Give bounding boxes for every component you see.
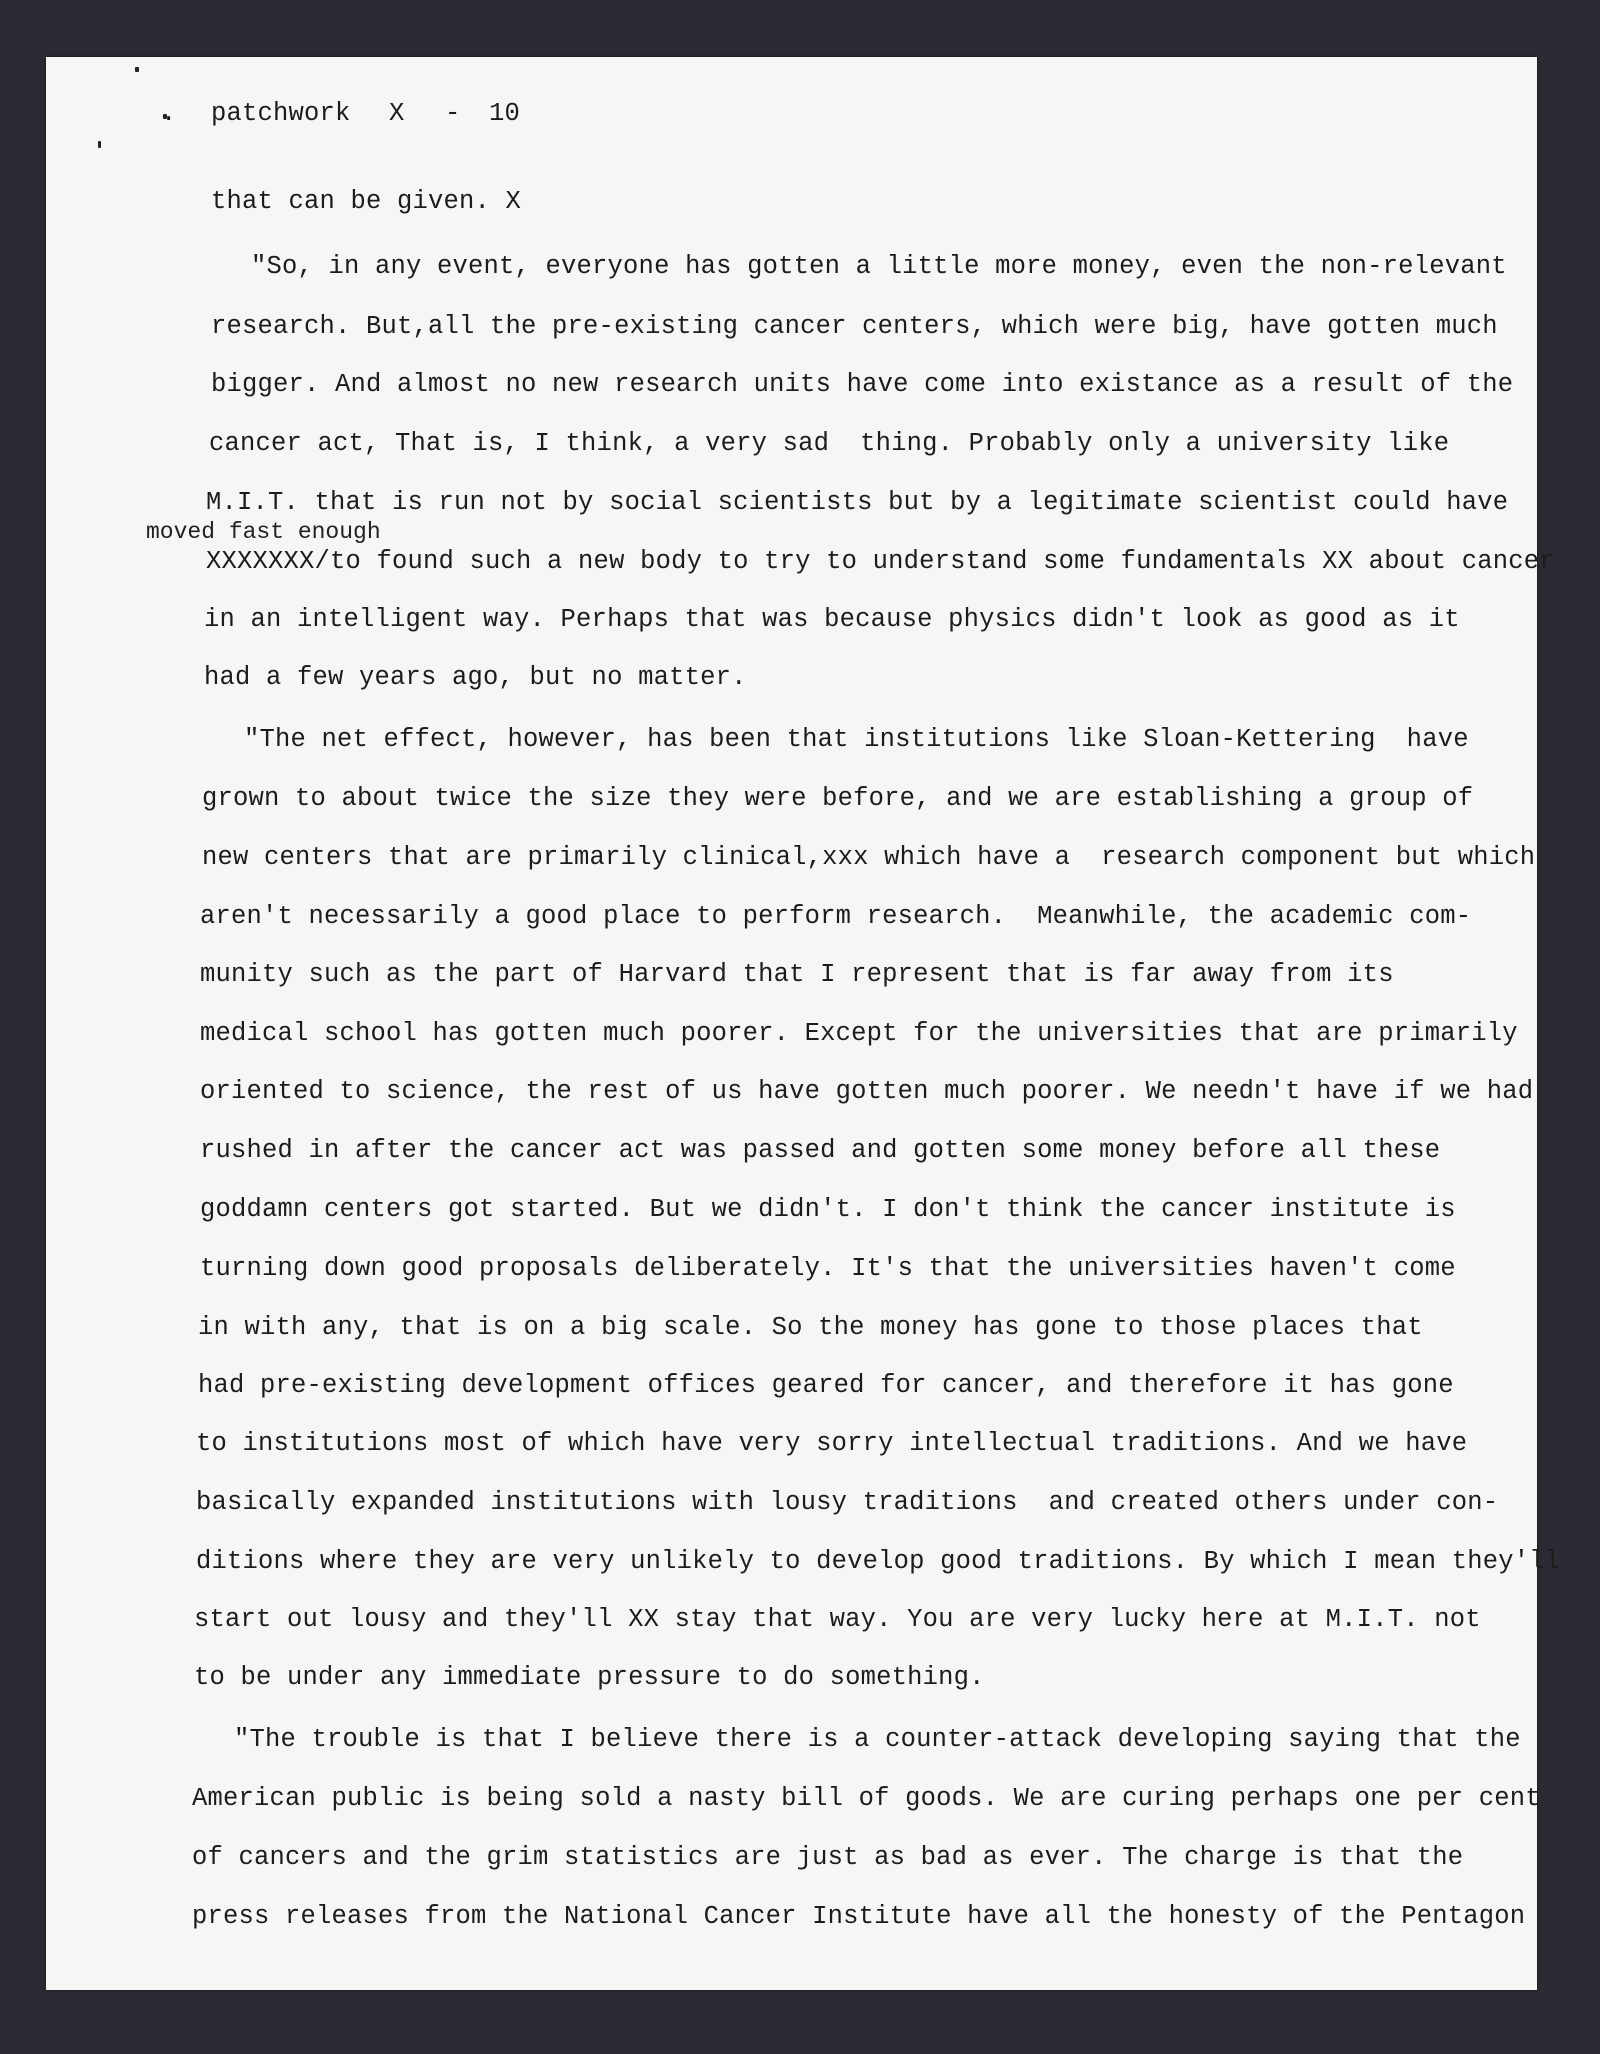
text-line: had a few years ago, but no matter. (204, 663, 747, 693)
text-line: research. But,all the pre-existing cance… (211, 312, 1498, 342)
text-line: "The net effect, however, has been that … (244, 725, 1469, 755)
header-title: patchwork (211, 99, 351, 129)
text-line: American public is being sold a nasty bi… (192, 1784, 1541, 1814)
header-mark: . (161, 99, 177, 129)
text-line: goddamn centers got started. But we didn… (200, 1195, 1456, 1225)
text-line: aren't necessarily a good place to perfo… (200, 902, 1471, 932)
header-section: X (389, 99, 405, 129)
text-line: ditions where they are very unlikely to … (196, 1547, 1560, 1577)
typewritten-page: . patchwork X - 10 that can be given. X … (46, 57, 1537, 1990)
text-line: munity such as the part of Harvard that … (200, 960, 1394, 990)
text-line: basically expanded institutions with lou… (196, 1488, 1498, 1518)
text-line: start out lousy and they'll XX stay that… (194, 1605, 1481, 1635)
text-line: rushed in after the cancer act was passe… (200, 1136, 1440, 1166)
text-line: had pre-existing development offices gea… (198, 1371, 1454, 1401)
text-line: turning down good proposals deliberately… (200, 1254, 1456, 1284)
header-dash: - (445, 99, 461, 129)
text-line: "So, in any event, everyone has gotten a… (251, 252, 1507, 282)
text-line: grown to about twice the size they were … (202, 784, 1473, 814)
text-line: M.I.T. that is run not by social scienti… (206, 488, 1508, 518)
text-line: "The trouble is that I believe there is … (234, 1725, 1521, 1755)
text-line: press releases from the National Cancer … (192, 1902, 1525, 1932)
text-line: of cancers and the grim statistics are j… (192, 1843, 1463, 1873)
text-line: medical school has gotten much poorer. E… (200, 1019, 1518, 1049)
text-line: oriented to science, the rest of us have… (200, 1077, 1533, 1107)
text-line: new centers that are primarily clinical,… (202, 843, 1535, 873)
text-line: to institutions most of which have very … (196, 1429, 1467, 1459)
page-number: 10 (489, 99, 520, 129)
text-line: that can be given. X (211, 187, 521, 217)
text-line: in an intelligent way. Perhaps that was … (204, 605, 1460, 635)
text-line: bigger. And almost no new research units… (211, 370, 1513, 400)
text-line: to be under any immediate pressure to do… (194, 1663, 985, 1693)
ink-speck (98, 141, 101, 148)
text-line: cancer act, That is, I think, a very sad… (209, 429, 1449, 459)
ink-speck (135, 67, 139, 72)
text-line: XXXXXXX/to found such a new body to try … (206, 547, 1555, 577)
interlinear-insertion: moved fast enough (146, 517, 381, 547)
text-line: in with any, that is on a big scale. So … (198, 1313, 1423, 1343)
